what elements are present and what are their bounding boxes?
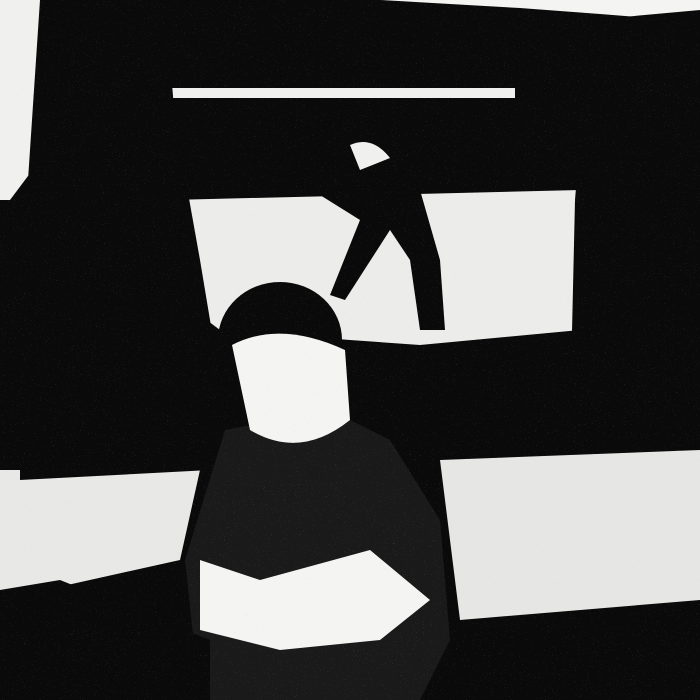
photograph: [0, 0, 700, 700]
photo-illustration: [0, 0, 700, 700]
